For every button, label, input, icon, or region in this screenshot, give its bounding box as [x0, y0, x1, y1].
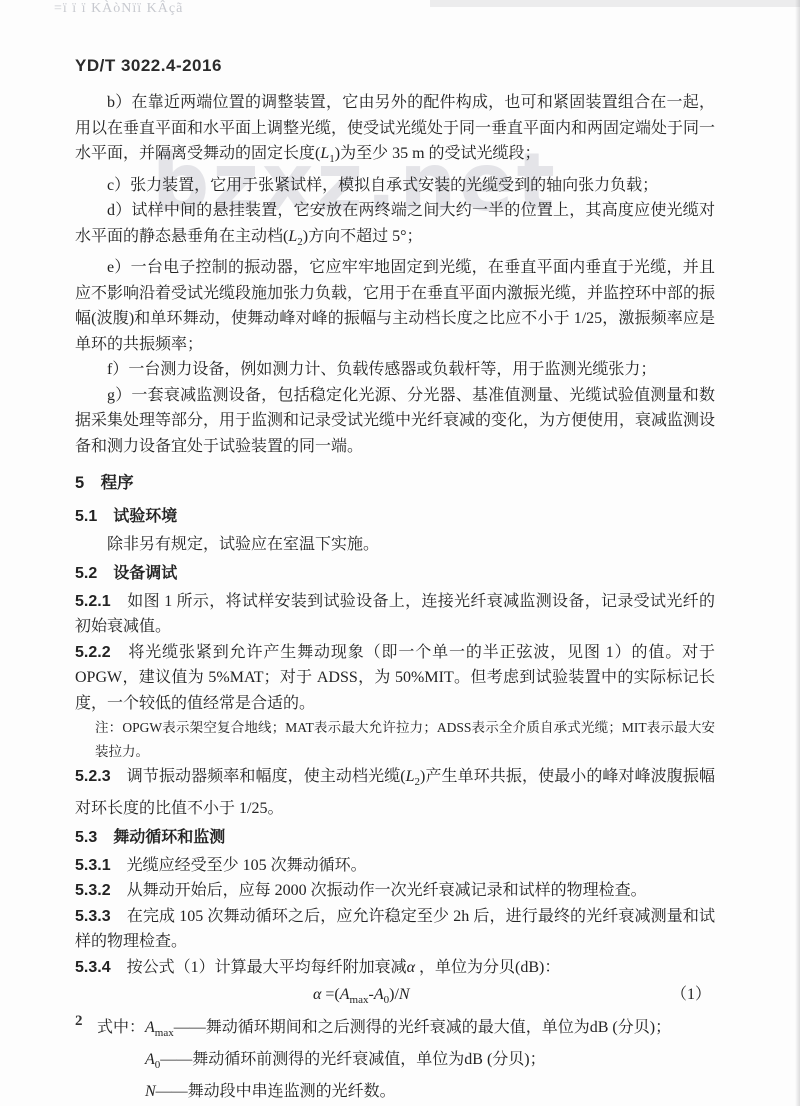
clause-5-2-2: 5.2.2 将光缆张紧到允许产生舞动现象（即一个单一的半正弦波，见图 1）的值。… — [75, 640, 715, 717]
clause-5-3-3: 5.3.3 在完成 105 次舞动循环之后，应允许稳定至少 2h 后，进行最终的… — [75, 904, 715, 955]
formula-1: α =(Amax-A0)/N （1） — [75, 980, 715, 1015]
document-page: =ï ï ï KÀòNïï KÂçã YD/T 3022.4-2016 bzxz… — [0, 0, 800, 1106]
formula-number: （1） — [671, 980, 715, 1009]
clause-5-3-1: 5.3.1 光缆应经受至少 105 次舞动循环。 — [75, 853, 715, 879]
page-edge-shadow — [795, 0, 800, 1106]
standard-number: YD/T 3022.4-2016 — [75, 56, 222, 76]
symbol-def-a0: A0——舞动循环前测得的光纤衰减值，单位为dB (分贝)； — [75, 1047, 715, 1079]
paragraph-item-c: c）张力装置，它用于张紧试样，模拟自承式安装的光缆受到的轴向张力负载； — [75, 173, 715, 199]
paragraph-5-1-body: 除非另有规定，试验应在室温下实施。 — [75, 532, 715, 558]
note-abbreviations: 注：OPGW表示架空复合地线；MAT表示最大允许拉力；ADSS表示全介质自承式光… — [75, 716, 715, 764]
clause-5-2-1: 5.2.1 如图 1 所示，将试样安装到试验设备上，连接光纤衰减监测设备，记录受… — [75, 589, 715, 640]
paragraph-item-b: b）在靠近两端位置的调整装置，它由另外的配件构成，也可和紧固装置组合在一起，用以… — [75, 90, 715, 173]
section-5-2-heading: 5.2 设备调试 — [75, 561, 715, 586]
section-5-3-heading: 5.3 舞动循环和监测 — [75, 825, 715, 850]
section-5-1-heading: 5.1 试验环境 — [75, 504, 715, 529]
clause-5-3-2: 5.3.2 从舞动开始后，应每 2000 次振动作一次光纤衰减记录和试样的物理检… — [75, 878, 715, 904]
clause-5-2-3: 5.2.3 调节振动器频率和幅度，使主动档光缆(L2)产生单环共振，使最小的峰对… — [75, 764, 715, 821]
paragraph-item-g: g）一套衰减监测设备，包括稳定化光源、分光器、基准值测量、光缆试验值测量和数据采… — [75, 383, 715, 460]
section-5-heading: 5 程序 — [75, 471, 715, 496]
clause-5-3-4: 5.3.4 按公式（1）计算最大平均每纤附加衰减α ，单位为分贝(dB)： — [75, 955, 715, 981]
formula-expression: α =(Amax-A0)/N — [313, 980, 410, 1015]
scan-artifact-text: =ï ï ï KÀòNïï KÂçã — [54, 1, 183, 17]
formula-symbol-definitions: 式中：Amax——舞动循环期间和之后测得的光纤衰减的最大值，单位为dB (分贝)… — [75, 1015, 715, 1105]
scan-smudge — [430, 0, 800, 7]
symbol-def-n: N——舞动段中串连监测的光纤数。 — [75, 1079, 715, 1106]
paragraph-item-e: e）一台电子控制的振动器，它应牢牢地固定到光缆，在垂直平面内垂直于光缆，并且应不… — [75, 255, 715, 357]
document-body: b）在靠近两端位置的调整装置，它由另外的配件构成，也可和紧固装置组合在一起，用以… — [75, 90, 715, 1105]
symbol-def-amax: 式中：Amax——舞动循环期间和之后测得的光纤衰减的最大值，单位为dB (分贝)… — [75, 1015, 715, 1047]
paragraph-item-d: d）试样中间的悬挂装置，它安放在两终端之间大约一半的位置上，其高度应使光缆对水平… — [75, 198, 715, 255]
paragraph-item-f: f）一台测力设备，例如测力计、负载传感器或负载杆等，用于监测光缆张力； — [75, 357, 715, 383]
